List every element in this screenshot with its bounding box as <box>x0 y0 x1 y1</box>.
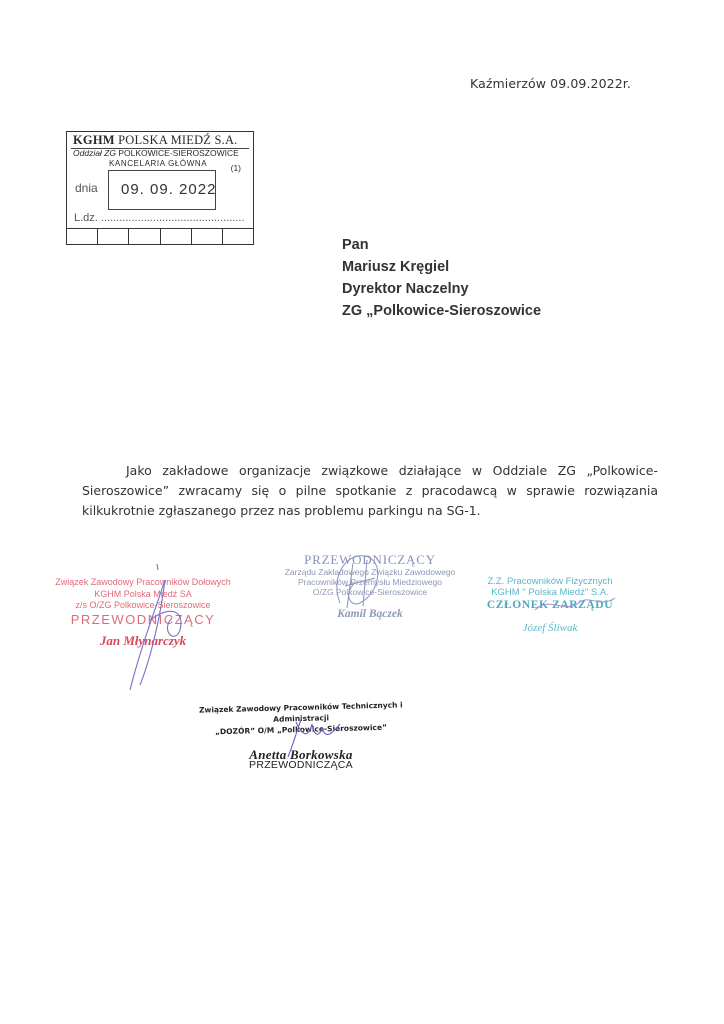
stamp-company-short: KGHM <box>73 133 115 147</box>
sig3-name: Józef Śliwak <box>468 623 632 634</box>
letter-body: Jako zakładowe organizacje związkowe dzi… <box>82 461 658 521</box>
addressee-organization: ZG „Polkowice-Sieroszowice <box>342 300 541 322</box>
sig3-role: CZŁONEK ZARZĄDU <box>468 598 632 612</box>
stamp-office: KANCELARIA GŁÓWNA <box>109 159 207 168</box>
stamp-company-name: POLSKA MIEDŹ S.A. <box>118 133 237 147</box>
sig3-org-line-2: KGHM " Polska Miedź" S.A. <box>468 587 632 598</box>
signature-stamp-4: Związek Zawodowy Pracowników Technicznyc… <box>188 702 414 771</box>
signature-stamp-1: Związek Zawodowy Pracowników Dołowych KG… <box>32 577 254 646</box>
sig2-role: PRZEWODNICZĄCY <box>270 553 470 567</box>
signature-stamp-2: PRZEWODNICZĄCY Zarządu Zakładowego Związ… <box>270 553 470 619</box>
sig3-org-line-1: Z.Z. Pracowników Fizycznych <box>468 576 632 587</box>
stamp-branch-name: POLKOWICE-SIEROSZOWICE <box>118 148 238 158</box>
registry-stamp: KGHM POLSKA MIEDŹ S.A. Oddział ZG POLKOW… <box>66 131 254 245</box>
sig2-org-line-1: Zarządu Zakładowego Związku Zawodowego <box>270 567 470 577</box>
letter-page: Kaźmierzów 09.09.2022r. KGHM POLSKA MIED… <box>0 0 724 1024</box>
stamp-branch-prefix: Oddział ZG <box>73 148 116 158</box>
sig1-role: PRZEWODNICZĄCY <box>32 612 254 627</box>
stamp-number: (1) <box>231 163 241 173</box>
addressee-title: Dyrektor Naczelny <box>342 278 541 300</box>
signature-stamp-3: Z.Z. Pracowników Fizycznych KGHM " Polsk… <box>468 576 632 634</box>
stamp-ref-label: L.dz. ..................................… <box>74 212 245 224</box>
addressee-salutation: Pan <box>342 234 541 256</box>
addressee-name: Mariusz Kręgiel <box>342 256 541 278</box>
stamp-grid <box>67 228 253 244</box>
sig4-role: PRZEWODNICZĄCA <box>188 760 414 771</box>
stamp-company: KGHM POLSKA MIEDŹ S.A. <box>73 133 238 148</box>
stamp-date-label: dnia <box>75 181 98 195</box>
stamp-date-value: 09. 09. 2022 <box>121 181 216 198</box>
sig2-org-line-3: O/ZG Polkowice-Sieroszowice <box>270 587 470 597</box>
sig2-name: Kamil Bączek <box>270 609 470 619</box>
sig1-name: Jan Młynarczyk <box>32 635 254 647</box>
body-paragraph: Jako zakładowe organizacje związkowe dzi… <box>82 463 658 518</box>
stamp-branch: Oddział ZG POLKOWICE-SIEROSZOWICE <box>73 148 239 158</box>
sig1-org-line-3: z/s O/ZG Polkowice-Sieroszowice <box>32 600 254 612</box>
sig1-org-line-1: Związek Zawodowy Pracowników Dołowych <box>32 577 254 589</box>
place-and-date: Kaźmierzów 09.09.2022r. <box>470 76 631 91</box>
sig2-org-line-2: Pracowników Przemysłu Miedziowego <box>270 577 470 587</box>
addressee-block: Pan Mariusz Kręgiel Dyrektor Naczelny ZG… <box>342 234 541 322</box>
sig1-org-line-2: KGHM Polska Miedź SA <box>32 589 254 601</box>
